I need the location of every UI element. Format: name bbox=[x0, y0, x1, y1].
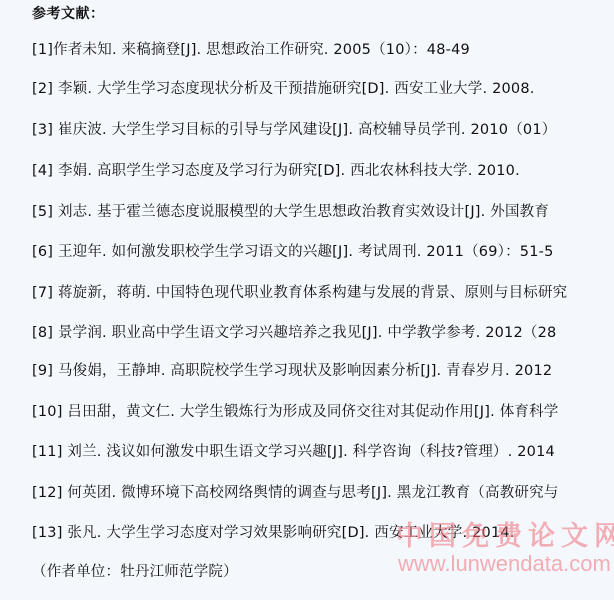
watermark-url: www.lunwendata.com bbox=[398, 551, 611, 577]
reference-item: [2] 李颖. 大学生学习态度现状分析及干预措施研究[D]. 西安工业大学. 2… bbox=[32, 80, 535, 98]
reference-item: [3] 崔庆波. 大学生学习目标的引导与学风建设[J]. 高校辅导员学刊. 20… bbox=[32, 121, 556, 139]
reference-item: [11] 刘兰. 浅议如何激发中职生语文学习兴趣[J]. 科学咨询（科技?管理）… bbox=[32, 443, 555, 461]
reference-item: [6] 王迎年. 如何激发职校学生学习语文的兴趣[J]. 考试周刊. 2011（… bbox=[32, 243, 554, 261]
reference-item: [12] 何英团. 微博环境下高校网络舆情的调查与思考[J]. 黑龙江教育（高教… bbox=[32, 484, 559, 502]
reference-item: [1]作者未知. 来稿摘登[J]. 思想政治工作研究. 2005（10）：48-… bbox=[32, 41, 470, 59]
reference-item: [4] 李娟. 高职学生学习态度及学习行为研究[D]. 西北农林科技大学. 20… bbox=[32, 162, 520, 180]
references-heading: 参考文献： bbox=[32, 3, 105, 23]
watermark-chinese: 中国免费论文网 bbox=[396, 514, 614, 553]
author-affiliation: （作者单位：牡丹江师范学院） bbox=[32, 563, 238, 581]
reference-item: [9] 马俊娟，王静坤. 高职院校学生学习现状及影响因素分析[J]. 青春岁月.… bbox=[32, 362, 552, 380]
reference-item: [8] 景学润. 职业高中学生语文学习兴趣培养之我见[J]. 中学教学参考. 2… bbox=[32, 324, 556, 342]
reference-item: [7] 蒋旋新，蒋萌. 中国特色现代职业教育体系构建与发展的背景、原则与目标研究 bbox=[32, 284, 567, 302]
reference-item: [10] 吕田甜，黄文仁. 大学生锻炼行为形成及同侪交往对其促动作用[J]. 体… bbox=[32, 403, 559, 421]
reference-item: [5] 刘志. 基于霍兰德态度说服模型的大学生思想政治教育实效设计[J]. 外国… bbox=[32, 203, 549, 221]
